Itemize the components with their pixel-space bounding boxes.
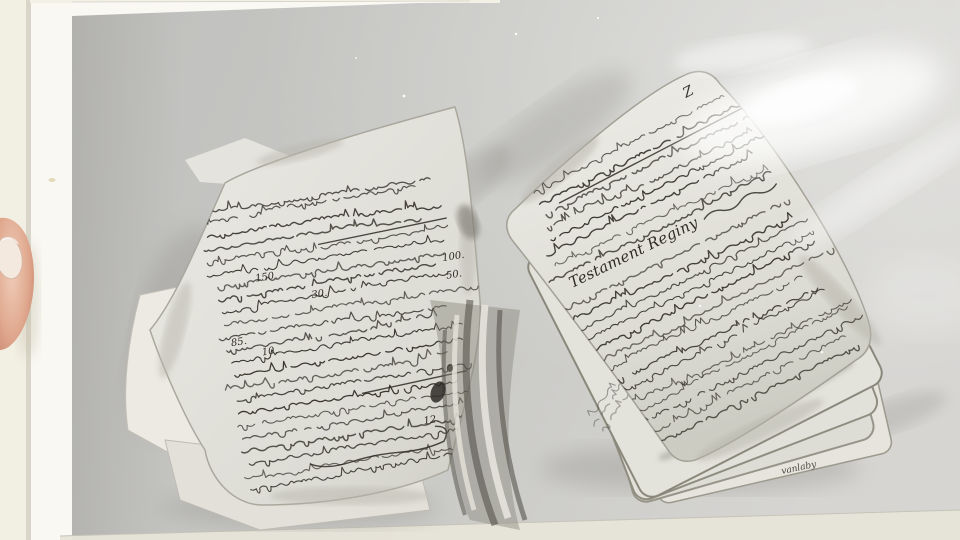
mottle-bottom [270,487,430,505]
dust-speck [403,95,406,98]
ink-blot-small [447,364,453,372]
dust-speck [515,33,517,35]
sheet-stain [49,178,56,182]
dust-speck [821,351,824,354]
dust-speck [355,57,357,59]
dust-speck [267,226,270,229]
photo-canvas: vanlaby [0,0,960,540]
dust-speck [597,17,599,19]
dust-speck [699,305,701,307]
dark-speck [301,480,303,482]
photograph-scene: vanlaby [0,0,960,540]
